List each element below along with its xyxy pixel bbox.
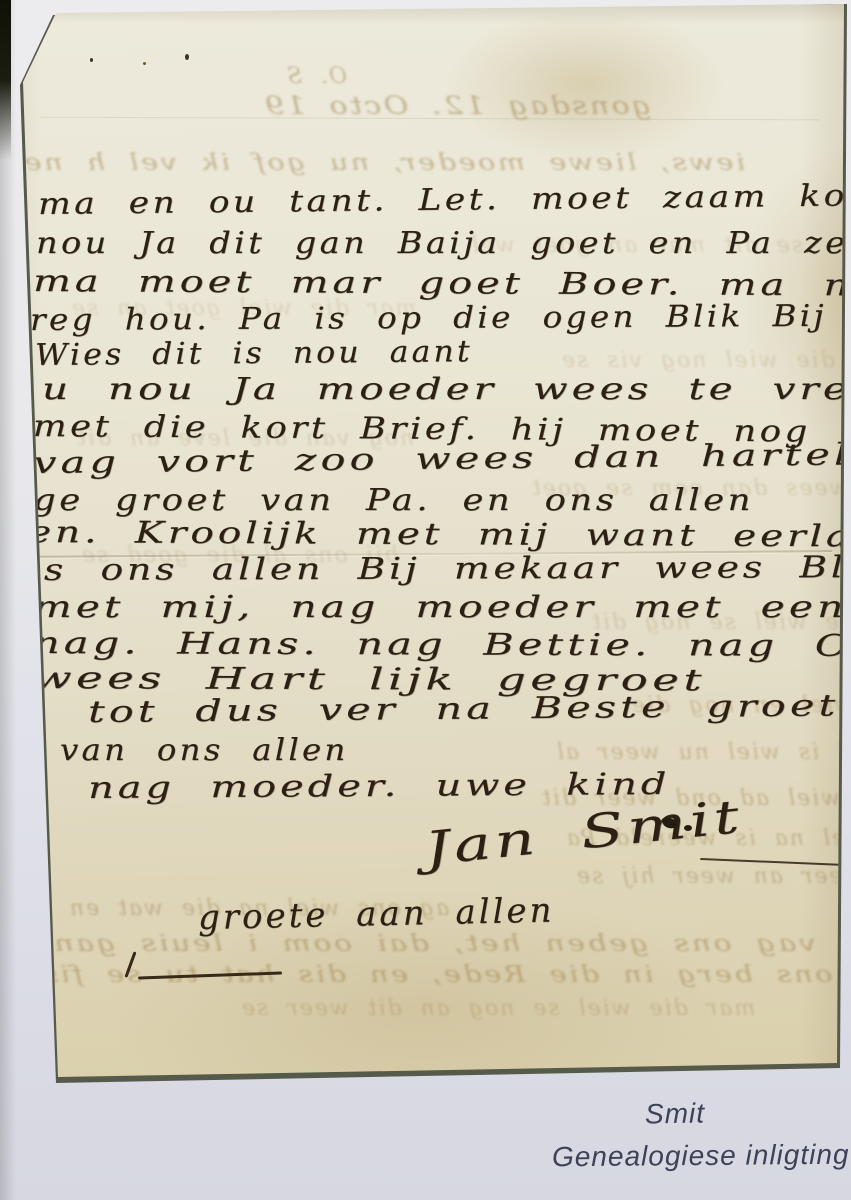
letter-line: u nou Ja moeder wees te vrede bbox=[42, 375, 851, 405]
annotation-description: Genealogiese inligting bbox=[552, 1141, 850, 1172]
letter-line: is ons allen Bij mekaar wees Blij bbox=[28, 553, 851, 586]
bleedthrough-line: O. S bbox=[285, 66, 347, 88]
paper-speck bbox=[143, 62, 146, 65]
letter-line: nou Ja dit gan Baija goet en Pa zeg bbox=[36, 229, 851, 259]
bleedthrough-line: an die wiel nog vis se bbox=[560, 350, 851, 372]
letter-line: Wies dit is nou aant bbox=[35, 337, 473, 371]
letter-line: ge groet van Pa. en ons allen bbox=[33, 486, 754, 516]
bleedthrough-line: mar die wiel se nog an dit weer se bbox=[240, 998, 755, 1020]
signature-jan-smit: Jan Smit bbox=[423, 793, 745, 872]
ink-blot bbox=[684, 825, 692, 831]
letter-line: reg hou. Pa is op die ogen Blik Bij oom bbox=[30, 301, 851, 336]
bleedthrough-line: se ons weer an weer hij se bbox=[575, 866, 851, 888]
letter-line: vag vort zoo wees dan hartelijk bbox=[33, 440, 851, 479]
annotation-surname: Smit bbox=[645, 1099, 705, 1128]
letter-paper: O. S gonsdag 12. Octo 19 iews, liewe moe… bbox=[0, 0, 851, 1200]
letter-line: nag moeder. uwe kind bbox=[88, 770, 671, 804]
letter-line: en. Kroolijk met mij want eerlank bbox=[28, 518, 851, 553]
letter-photograph: O. S gonsdag 12. Octo 19 iews, liewe moe… bbox=[0, 0, 851, 1200]
photo-edge-dark-strip bbox=[0, 0, 11, 160]
letter-line: ma moet mar goet Boer. ma moet bbox=[33, 267, 851, 302]
bleedthrough-line: gonsdag 12. Octo 19 bbox=[263, 93, 652, 118]
letter-line: groete aan allen bbox=[198, 894, 555, 935]
bleedthrough-line: vag ons geben het, dai oom i leuis gan bbox=[52, 933, 816, 956]
letter-line: met mij, nag moeder met een kus bbox=[33, 593, 851, 623]
paper-speck bbox=[90, 58, 93, 62]
bleedthrough-line: iews, liewe moeder, nu gof ik vel h new bbox=[0, 152, 745, 175]
letter-line: ma en ou tant. Let. moet zaam kom bbox=[38, 181, 851, 220]
bleedthrough-line: Pa hij is wiel nu weer al bbox=[555, 742, 851, 764]
letter-line: tot dus ver na Beste groete bbox=[88, 691, 851, 728]
letter-line: nag. Hans. nag Bettie. nag Okkie bbox=[33, 629, 851, 662]
photo-edge-shadow bbox=[0, 0, 20, 1200]
paper-speck bbox=[185, 54, 189, 60]
letter-line: van ons allen bbox=[60, 736, 349, 766]
